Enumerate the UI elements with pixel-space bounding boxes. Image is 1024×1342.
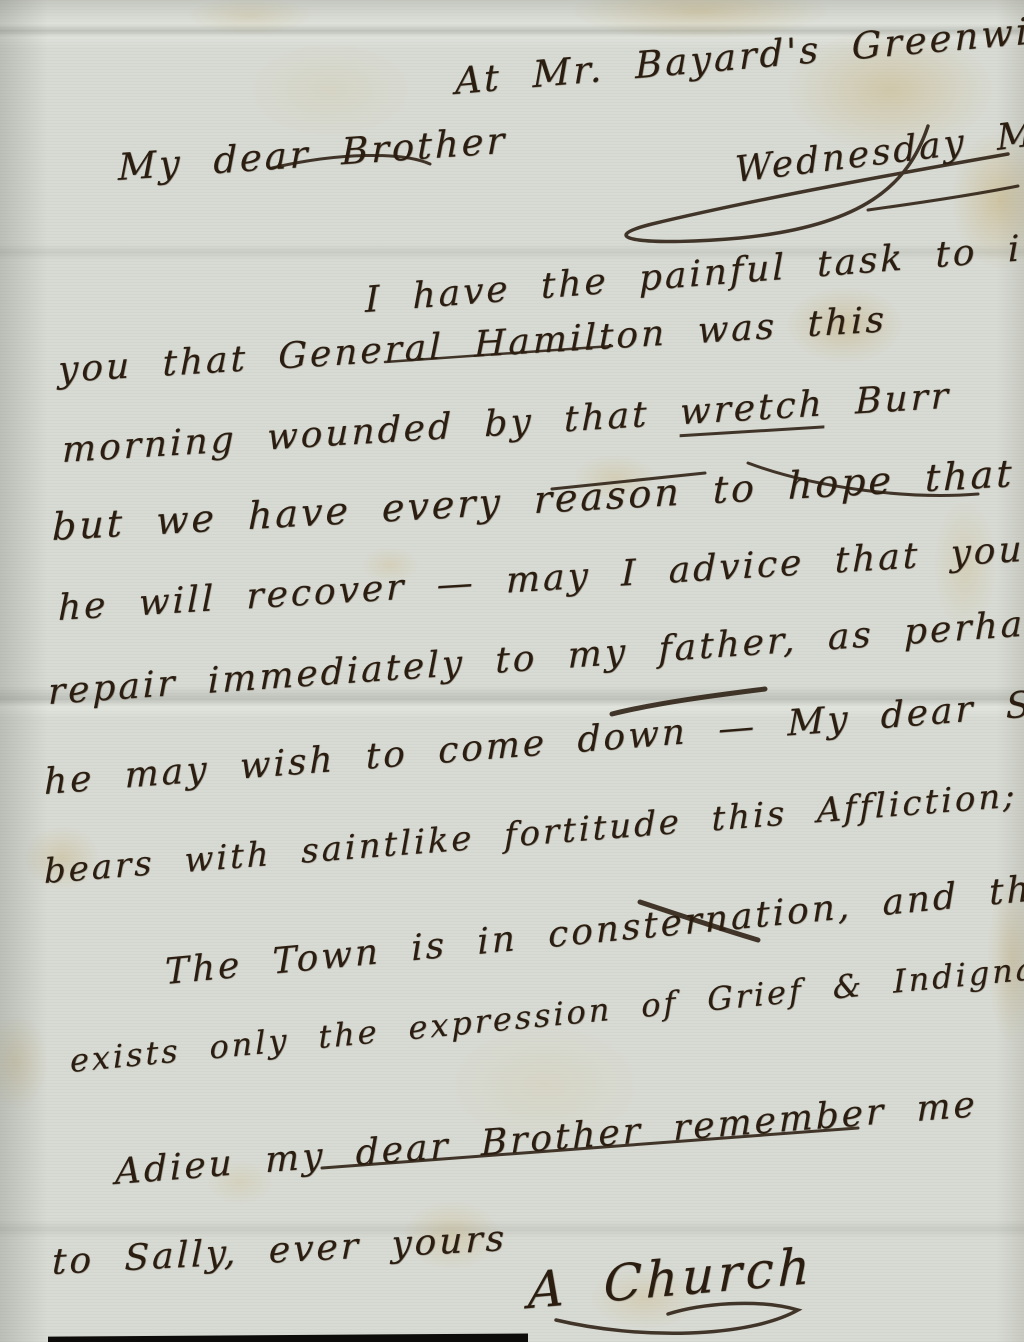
date-underline-flourish xyxy=(868,186,1018,210)
body-line-4: but we have every reason to hope that xyxy=(52,451,1015,549)
letter-page: At Mr. Bayard's Greenwich Wednesday Morn… xyxy=(0,0,1024,1342)
text-segment: but we have every reason to hope that xyxy=(52,451,1015,549)
body-line-12: to Sally, ever yours xyxy=(52,1218,508,1283)
text-segment: I have the painful task to inform xyxy=(365,218,1024,321)
text-segment: Burr xyxy=(825,376,952,425)
text-segment: bears with saintlike fortitude this Affl… xyxy=(44,775,1018,892)
text-segment: as perhaps xyxy=(797,600,1024,660)
scan-edge-artifact xyxy=(48,1333,528,1342)
text-segment: Adieu my dear Brother remember me xyxy=(115,1084,978,1193)
body-line-3: morning wounded by that wretch Burr xyxy=(62,376,951,471)
text-segment: morning wounded by that xyxy=(62,392,680,471)
heading-place-text: At Mr. Bayard's Greenwich xyxy=(455,5,1024,103)
signature: A Church xyxy=(527,1237,814,1320)
text-segment: you that General Hamilton was this xyxy=(58,299,887,391)
salutation-text: My dear Brother xyxy=(118,119,507,189)
body-line-1: I have the painful task to inform xyxy=(365,218,1024,321)
salutation-line: My dear Brother xyxy=(118,119,507,189)
underlined-word-wretch: wretch xyxy=(680,383,825,437)
text-segment: repair immediately to my xyxy=(48,629,658,713)
body-line-2: you that General Hamilton was this xyxy=(58,299,887,391)
signature-text: A Church xyxy=(527,1237,814,1320)
heading-place-line: At Mr. Bayard's Greenwich xyxy=(455,5,1024,103)
text-segment: to Sally, ever yours xyxy=(52,1218,508,1283)
heading-date-text: Wednesday Morn xyxy=(734,104,1024,191)
body-line-11: Adieu my dear Brother remember me xyxy=(115,1084,978,1193)
body-line-8: bears with saintlike fortitude this Affl… xyxy=(44,775,1018,892)
heading-date-line: Wednesday Morn xyxy=(734,104,1024,191)
underlined-word-father: father, xyxy=(658,620,797,671)
